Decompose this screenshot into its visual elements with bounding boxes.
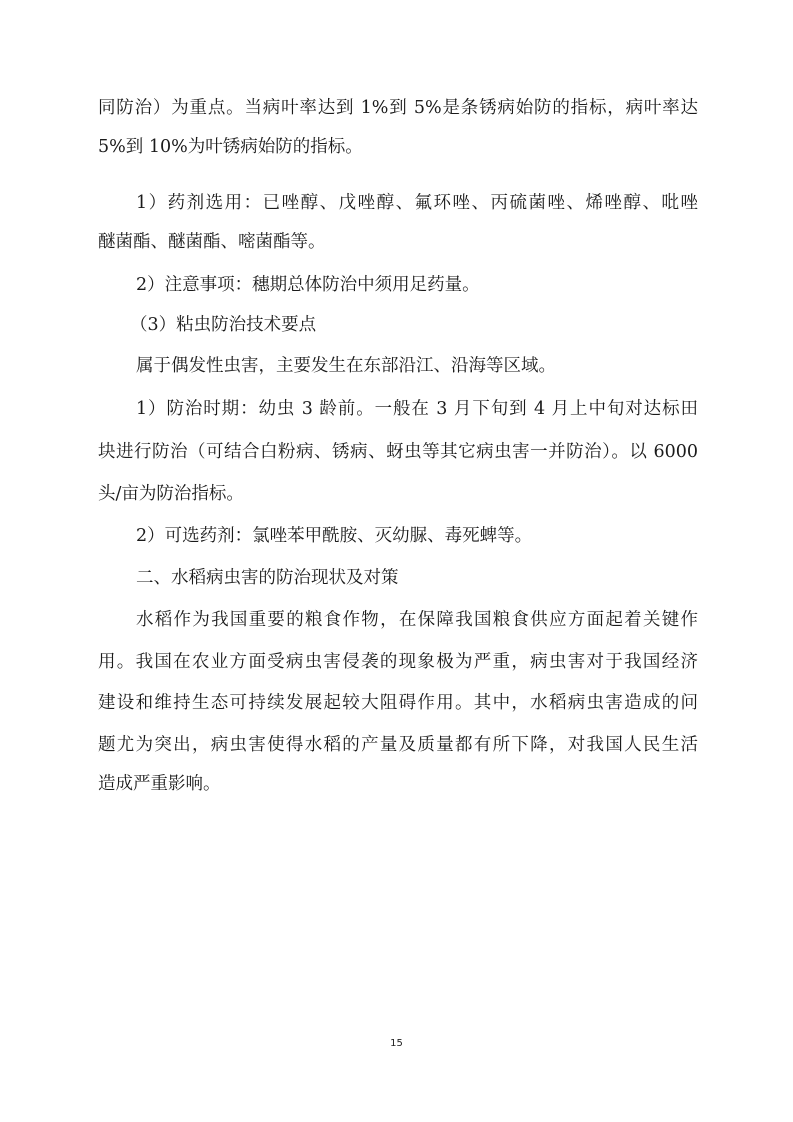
paragraph-line: 同防治）为重点。当病叶率达到 1%到 5%是条锈病始防的指标，病叶率达	[98, 96, 698, 120]
list-item-control-period: 1）防治时期：幼虫 3 龄前。一般在 3 月下旬到 4 月上中旬对达标田	[136, 397, 698, 421]
paragraph-line: 头/亩为防治指标。	[98, 482, 698, 506]
paragraph-line: 块进行防治（可结合白粉病、锈病、蚜虫等其它病虫害一并防治）。以 6000	[98, 440, 698, 464]
section-heading-armyworm: （3）粘虫防治技术要点	[130, 313, 730, 337]
list-item-optional-agents: 2）可选药剂：氯唑苯甲酰胺、灭幼脲、毒死蜱等。	[136, 524, 698, 548]
paragraph-line: 5%到 10%为叶锈病始防的指标。	[98, 135, 698, 159]
paragraph-line: 造成严重影响。	[98, 772, 698, 796]
page-number: 15	[0, 1038, 793, 1049]
paragraph-line: 题尤为突出，病虫害使得水稻的产量及质量都有所下降，对我国人民生活	[98, 733, 698, 757]
paragraph-line: 水稻作为我国重要的粮食作物，在保障我国粮食供应方面起着关键作	[136, 608, 698, 632]
paragraph-line: 建设和维持生态可持续发展起较大阻碍作用。其中，水稻病虫害造成的问	[98, 691, 698, 715]
paragraph-line: 醚菌酯、醚菌酯、嘧菌酯等。	[98, 230, 698, 254]
document-page: 同防治）为重点。当病叶率达到 1%到 5%是条锈病始防的指标，病叶率达 5%到 …	[0, 0, 793, 1122]
list-item-precautions: 2）注意事项：穗期总体防治中须用足药量。	[136, 273, 698, 297]
section-heading-rice-pests: 二、水稻病虫害的防治现状及对策	[136, 566, 698, 590]
list-item-fungicide-selection: 1）药剂选用：已唑醇、戊唑醇、氟环唑、丙硫菌唑、烯唑醇、吡唑	[136, 191, 698, 215]
paragraph-line: 属于偶发性虫害，主要发生在东部沿江、沿海等区域。	[136, 354, 698, 378]
paragraph-line: 用。我国在农业方面受病虫害侵袭的现象极为严重，病虫害对于我国经济	[98, 650, 698, 674]
